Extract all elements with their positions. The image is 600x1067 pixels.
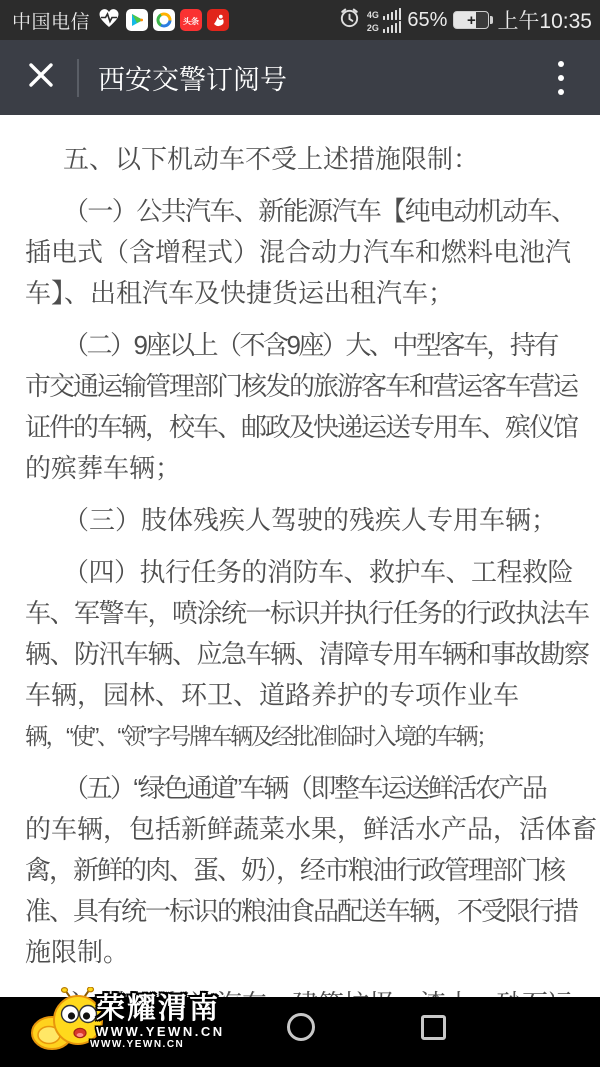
recents-button-icon[interactable]: [421, 1015, 446, 1040]
text-line: 插电式（含增程式）混合动力汽车和燃料电池汽: [25, 232, 575, 273]
battery-icon: +: [453, 11, 489, 29]
paragraph-item-2: （二）9座以上（不含9座）大、中型客车，持有 市交通运输管理部门核发的旅游客车和…: [25, 325, 575, 489]
text-line: 的车辆，包括新鲜蔬菜水果，鲜活水产品，活体畜: [25, 809, 575, 850]
notification-icons: 头条: [97, 6, 229, 35]
carrier-label: 中国电信: [12, 7, 90, 34]
more-menu-icon[interactable]: [548, 51, 600, 105]
text-line: 的殡葬车辆；: [25, 448, 575, 489]
text-line: （一）公共汽车、新能源汽车【纯电动机动车、: [25, 191, 575, 232]
status-bar-right: 4G 2G 65% + 上午10:35: [338, 5, 592, 35]
paragraph-section-5: 五、以下机动车不受上述措施限制：: [25, 139, 575, 180]
title-bar: 西安交警订阅号: [0, 40, 600, 115]
status-bar: 中国电信 头条: [0, 0, 600, 40]
text-line: 施限制。: [25, 932, 575, 973]
paragraph-item-4: （四）执行任务的消防车、救护车、工程救险 车、军警车，喷涂统一标识并执行任务的行…: [25, 552, 575, 757]
text-line: 车、军警车，喷涂统一标识并执行任务的行政执法车: [25, 593, 575, 634]
phone-screen: 中国电信 头条: [0, 0, 600, 1067]
text-line: （三）肢体残疾人驾驶的残疾人专用车辆；: [25, 500, 575, 541]
text-line: 禽，新鲜的肉、蛋、奶），经市粮油行政管理部门核: [25, 850, 575, 891]
page-title: 西安交警订阅号: [98, 58, 287, 97]
home-button-icon[interactable]: [287, 1013, 315, 1041]
text-line: 车辆，园林、环卫、道路养护的专项作业车: [25, 675, 575, 716]
watermark-url-shadow: WWW.YEWN.CN: [90, 1040, 225, 1050]
heart-pulse-icon: [97, 6, 121, 35]
text-line: 辆、防汛车辆、应急车辆、清障专用车辆和事故勘察: [25, 634, 575, 675]
colorful-circle-app-icon: [153, 9, 175, 31]
text-line: （二）9座以上（不含9座）大、中型客车，持有: [25, 325, 575, 366]
status-time: 上午10:35: [497, 5, 592, 35]
text-line: 五、以下机动车不受上述措施限制：: [25, 139, 575, 180]
site-watermark: 荣耀渭南 WWW.YEWN.CN WWW.YEWN.CN: [30, 987, 225, 1056]
tencent-video-icon: [126, 9, 148, 31]
watermark-title: 荣耀渭南: [96, 994, 225, 1024]
text-line: 证件的车辆，校车、邮政及快递运送专用车、殡仪馆: [25, 407, 575, 448]
close-icon[interactable]: [27, 61, 55, 94]
alarm-clock-icon: [338, 6, 361, 34]
paragraph-item-1: （一）公共汽车、新能源汽车【纯电动机动车、 插电式（含增程式）混合动力汽车和燃料…: [25, 191, 575, 314]
dual-sim-signal-icon: 4G 2G: [367, 8, 402, 33]
text-line: （五）“绿色通道”车辆（即整车运送鲜活农产品: [25, 768, 575, 809]
article-scroll-area[interactable]: 五、以下机动车不受上述措施限制： （一）公共汽车、新能源汽车【纯电动机动车、 插…: [0, 115, 600, 1067]
text-line: 市交通运输管理部门核发的旅游客车和营运客车营运: [25, 366, 575, 407]
red-bird-app-icon: [207, 9, 229, 31]
text-line: 车】、出租汽车及快捷货运出租汽车；: [25, 273, 575, 314]
watermark-url: WWW.YEWN.CN: [96, 1025, 225, 1038]
text-line: 辆，“使”、“领”字号牌车辆及经批准临时入境的车辆；: [25, 716, 575, 757]
paragraph-item-5: （五）“绿色通道”车辆（即整车运送鲜活农产品 的车辆，包括新鲜蔬菜水果，鲜活水产…: [25, 768, 575, 973]
battery-percent: 65%: [407, 9, 447, 32]
titlebar-divider: [77, 59, 79, 97]
text-line: （四）执行任务的消防车、救护车、工程救险: [25, 552, 575, 593]
paragraph-item-3: （三）肢体残疾人驾驶的残疾人专用车辆；: [25, 500, 575, 541]
text-line: 准、具有统一标识的粮油食品配送车辆，不受限行措: [25, 891, 575, 932]
toutiao-icon: 头条: [180, 9, 202, 31]
